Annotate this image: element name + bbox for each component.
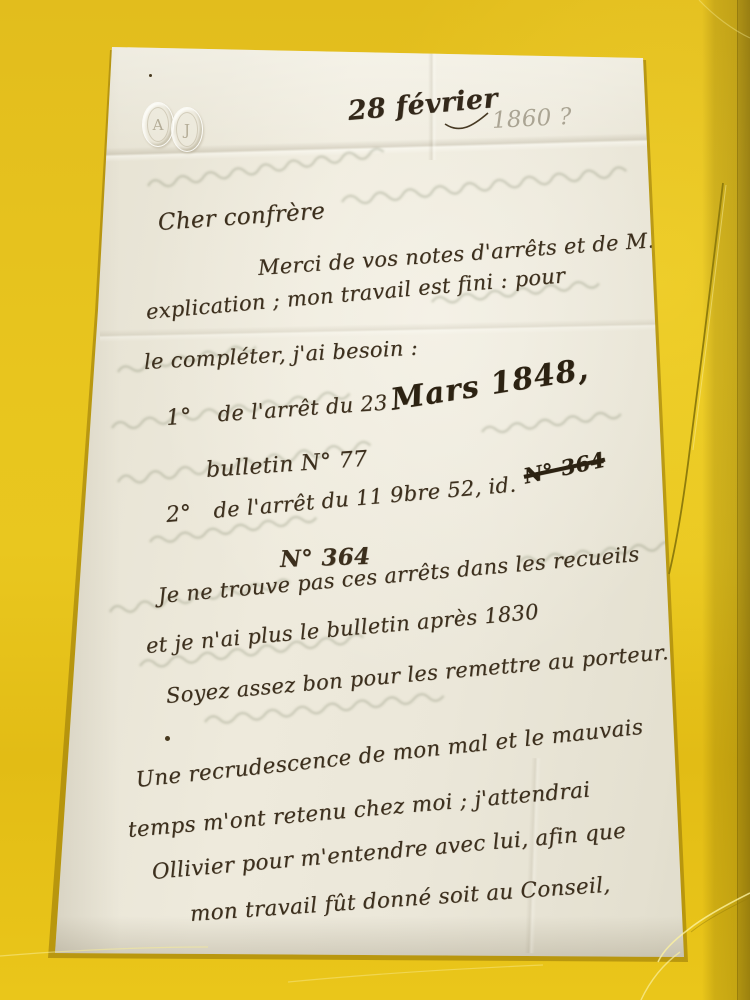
letter-paper: A J 28 février 1860 ? Cher confrère Merc… (0, 0, 750, 1000)
blind-stamp-left-oval: A (142, 102, 174, 147)
letter-body-line-4: Je ne trouve pas ces arrêts dans les rec… (157, 542, 640, 608)
blind-stamp: A J (142, 100, 208, 152)
item-text: de l'arrêt du 23 (217, 391, 389, 427)
letter-body-line-6: Soyez assez bon pour les remettre au por… (165, 640, 670, 708)
bulletin-number: bulletin N° 77 (205, 447, 368, 483)
pencil-annotation: 1860 ? (491, 104, 572, 134)
blind-stamp-left-initial: A (143, 103, 173, 146)
item-emphasis: Mars 1848, (388, 352, 591, 418)
letter-salutation: Cher confrère (157, 198, 326, 236)
ink-speck (149, 74, 152, 77)
item-text: de l'arrêt du 11 9bre 52, id. (212, 472, 517, 522)
letter-item-1848: 1°de l'arrêt du 23Mars 1848, (165, 368, 592, 433)
photo-background: A J 28 février 1860 ? Cher confrère Merc… (0, 0, 750, 1000)
item-number: 1° (165, 404, 192, 431)
letter-body-line-3: le compléter, j'ai besoin : (143, 336, 418, 374)
background-right-band (702, 0, 738, 1000)
ink-speck (165, 736, 170, 741)
blind-stamp-right-initial: J (172, 108, 202, 151)
struck-number: N° 364 (522, 447, 608, 489)
item-number: 2° (165, 501, 193, 528)
blind-stamp-right-oval: J (171, 107, 203, 152)
background-edge-strip (737, 0, 750, 1000)
letter-body-line-5: et je n'ai plus le bulletin après 1830 (145, 600, 540, 658)
